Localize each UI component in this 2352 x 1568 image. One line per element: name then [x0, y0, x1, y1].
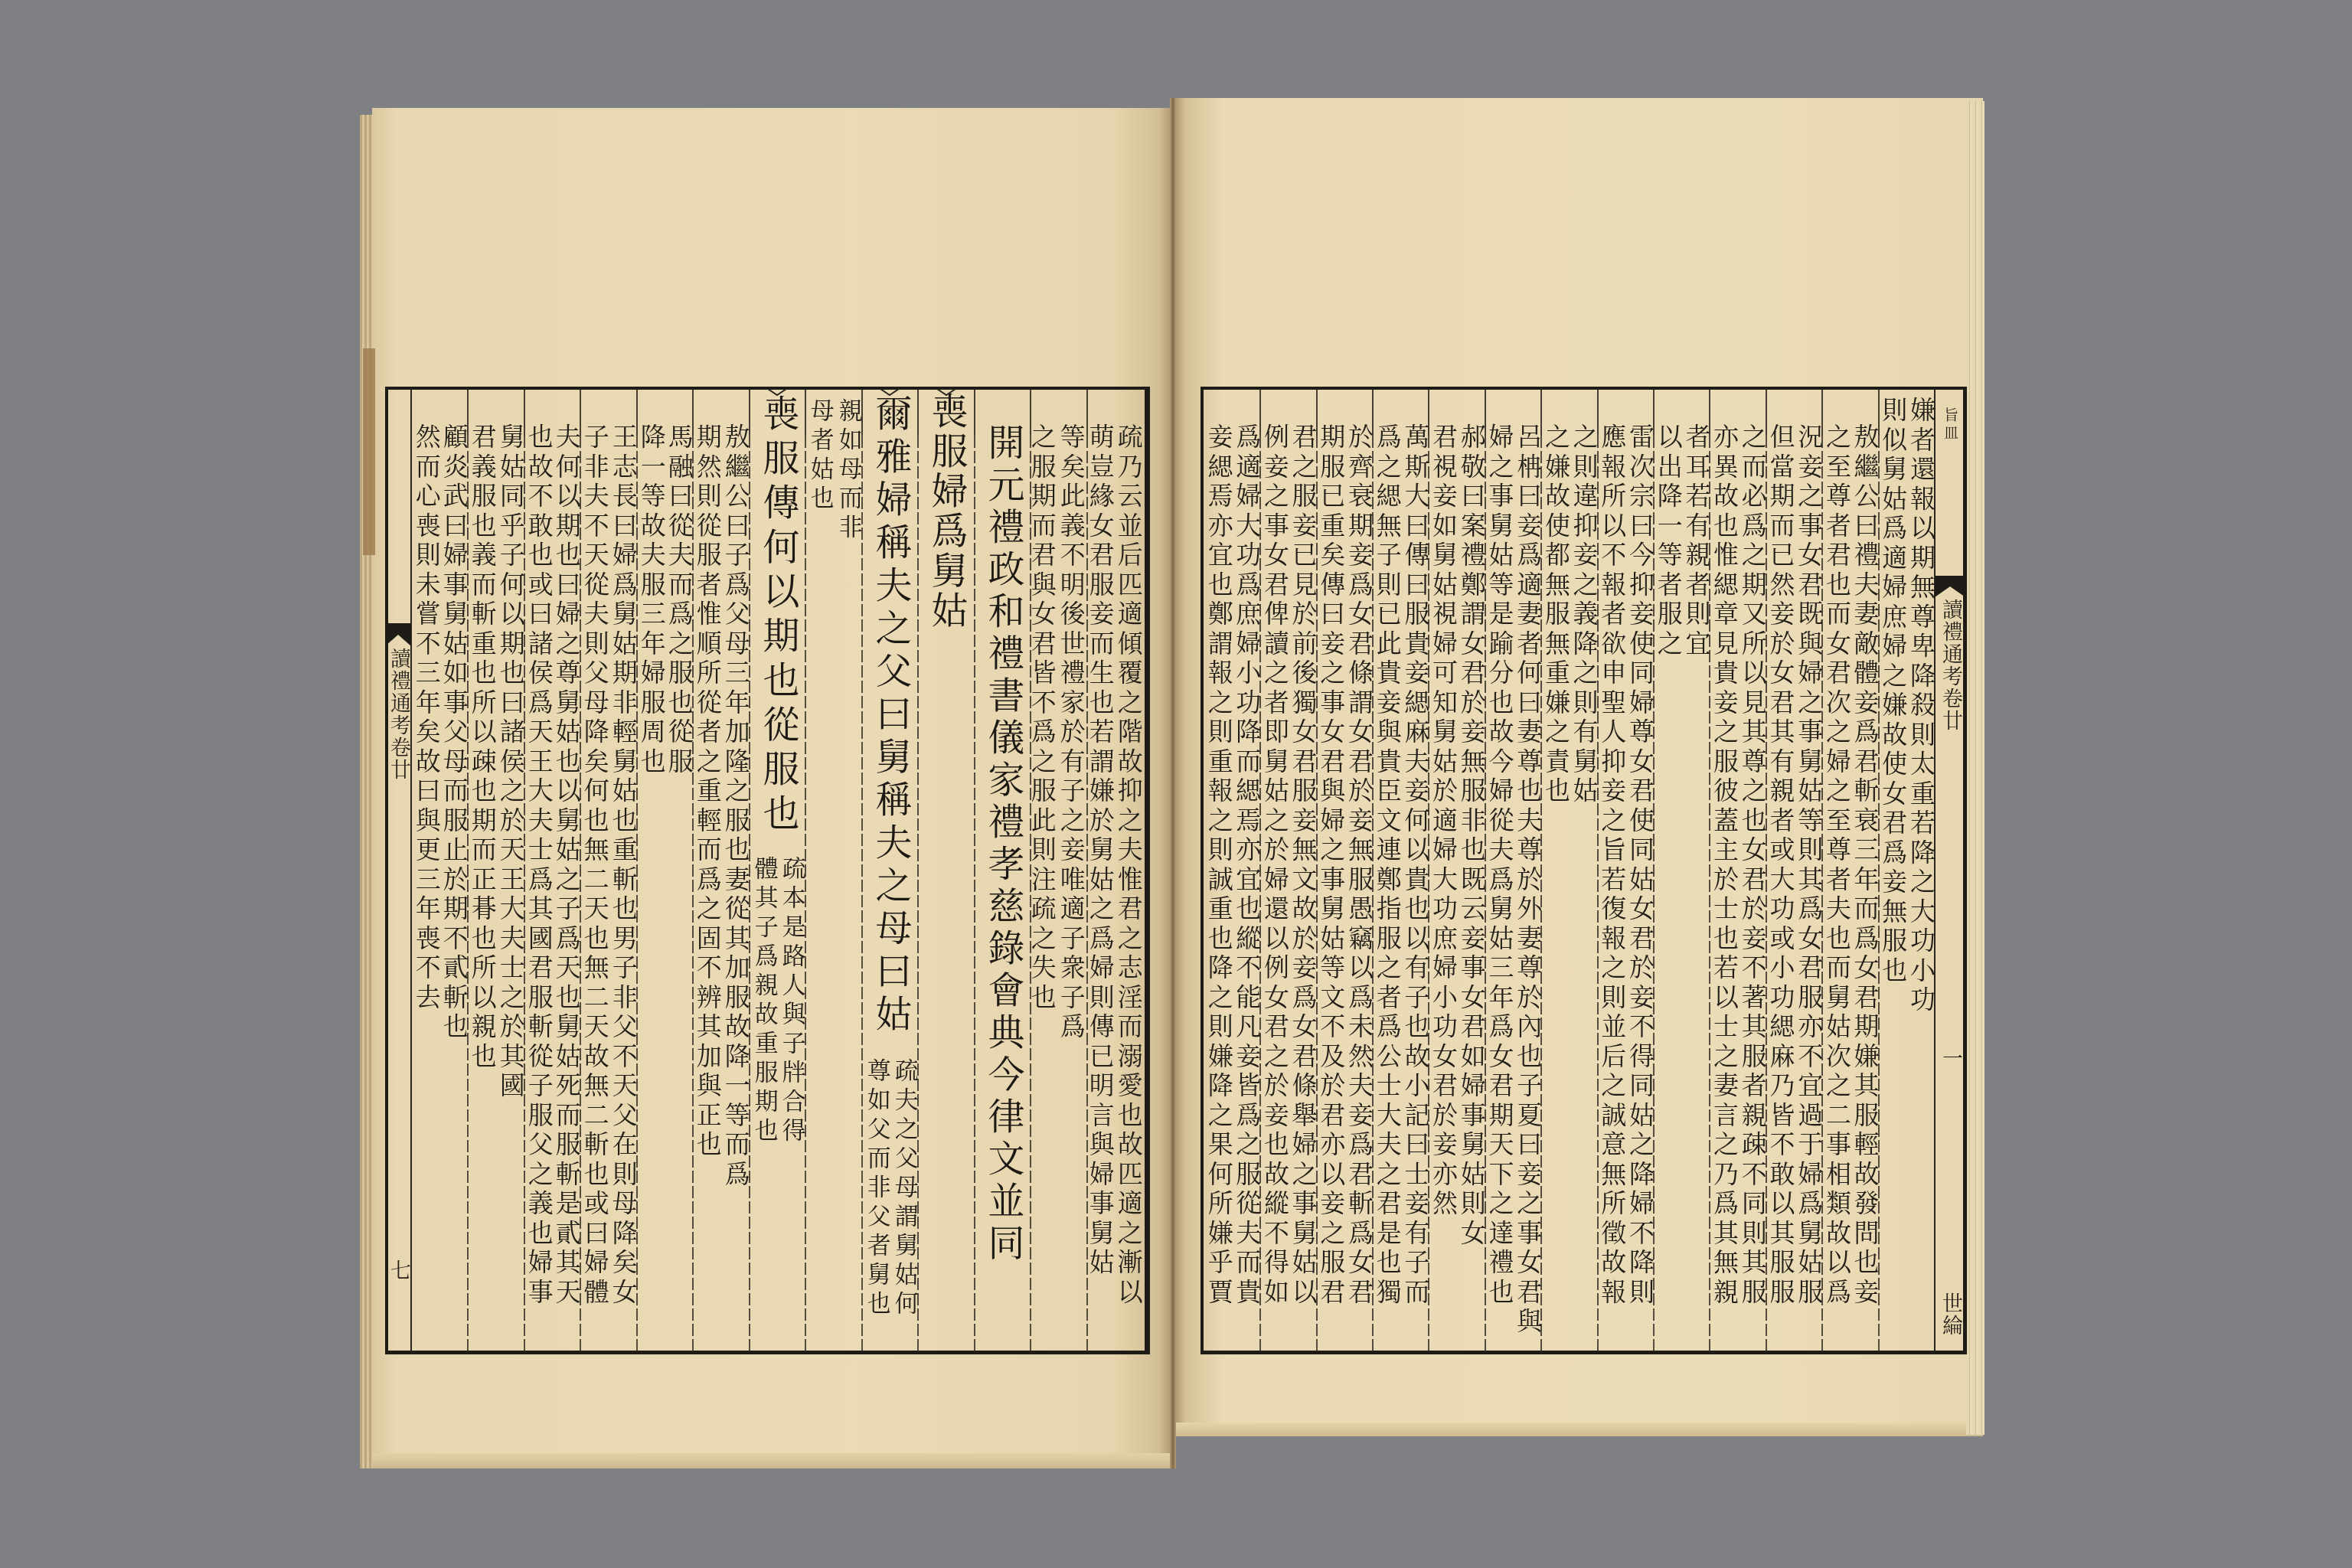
- commentary-column: 萌豈緣女君服妾而生也若謂嫌於舅姑之爲婦則傳已明言與婦事舅姑: [1086, 423, 1114, 1279]
- text-column: 郝敬曰案禮鄭謂女君於妾無服非也既云妾事女君如婦事舅姑則女: [1457, 423, 1485, 1249]
- text-column: 則似舅姑爲適婦庶婦之嫌故使女君爲妾無服也: [1879, 397, 1907, 986]
- banxin-top-note: 旨皿: [1937, 407, 1963, 443]
- text-column: 者耳若有親者則宜: [1682, 423, 1710, 659]
- annotation-column: 疏本是路人與子牉合得: [777, 856, 805, 1147]
- commentary-column: 王志長曰婦爲舅姑期非輕舅姑也重斬也男子非父不天父在則母降矣女: [609, 423, 637, 1308]
- text-column: 於齊衰期妾爲女君條謂女君於妾無服愚竊以爲未然夫妾爲君斬爲女君: [1344, 423, 1373, 1308]
- commentary-column: 子非夫不天從夫則父母降矣何也無二天也無二天故無二斬也或曰婦體: [580, 423, 609, 1308]
- text-column: 爲適婦大功爲庶婦小功降而緦焉亦宜也縱不能凡妾皆爲之服從夫而貴: [1233, 423, 1261, 1308]
- banxin-printer-mark: 世綸: [1937, 1292, 1963, 1337]
- commentary-column: 然而心喪則未嘗不三年矣故曰與更三年喪不去: [412, 423, 440, 1013]
- text-column: 之則違抑妾之義降之則有舅姑: [1570, 423, 1598, 807]
- commentary-column: 夫何以期也曰婦之尊舅姑也以舅姑之子爲天也舅姑死而服斬是貳其天: [552, 423, 580, 1308]
- later-rites-note-column: 開元禮政和禮書儀家禮孝慈錄會典今律文並同: [975, 423, 1031, 1266]
- fish-tail-icon: [1935, 576, 1965, 597]
- annotation-column: 尊如父而非父者舅也: [862, 1058, 890, 1320]
- text-column: 之而必爲之期又所以見其尊之也女君於妾不著其服者親疎不同則其服: [1738, 423, 1766, 1308]
- commentary-column: 君義服也義而斬重也所以疎也期而正朞也所以親也: [468, 423, 496, 1072]
- left-page-bottom-edge: [372, 1453, 1174, 1468]
- text-column: 嫌者還報以期無尊卑降殺則太重若降之大功小功: [1906, 397, 1935, 1016]
- text-column: 以出降一等者服之: [1654, 423, 1682, 659]
- commentary-column: 也故不敢也或曰諸侯爲天王大夫士爲其國君服斬從子服父之義也婦事: [524, 423, 553, 1308]
- text-column: 期服已重矣傳曰妾之事女君與婦之事舅姑等文不及於君亦以妾之服君: [1317, 423, 1345, 1308]
- fish-tail-icon: [385, 623, 411, 646]
- commentary-column: 敖繼公曰子爲父母三年加隆之服也妻從其加服故降一等而爲: [721, 423, 750, 1190]
- commentary-column: 期然則從服者惟順所從者之重輕而爲之固不辨其加與正也: [693, 423, 721, 1161]
- annotation-column: 母者姑也: [805, 398, 834, 514]
- commentary-column: 之服期而君與女君皆不爲之服此則注疏之失也: [1027, 423, 1056, 1013]
- text-column: 君視妾如舅姑視婦可知舅姑於適婦大功庶婦小功女君於妾亦然: [1429, 423, 1457, 1220]
- text-column: 萬斯大曰傳曰服貴妾緦麻夫妾何以貴也以有子也故小記曰士妾有子而: [1401, 423, 1429, 1308]
- section-heading: 喪服婦爲舅姑: [918, 392, 974, 631]
- commentary-column: 降一等故夫服三年婦服周也: [637, 423, 665, 777]
- text-column: 呂柟曰妾爲適妻者何曰妻尊也夫尊於外妻尊於內也子夏曰妾之事女君與: [1514, 423, 1542, 1338]
- banxin-title: 讀禮通考卷廿: [385, 648, 411, 781]
- left-page-torn-edge: [363, 348, 375, 555]
- annotation-column: 親如母而非: [834, 398, 862, 544]
- text-column: 應報所以不報者欲申聖人抑妾之旨若復報之則並后之誠意無所徵故報: [1598, 423, 1626, 1308]
- text-column: 雷次宗曰今抑妾使同婦尊女君使同姑女君於妾不得同姑之降婦不降則: [1625, 423, 1654, 1308]
- text-column: 例妾之事女君俾讀之者即舅姑之於婦還以例女君之於妾也故縱不得如: [1260, 423, 1289, 1308]
- text-column: 婦之事舅姑等是踰分也故今婦從夫爲舅姑三年爲女君期天下之達禮也: [1485, 423, 1514, 1308]
- commentary-column: 等矣此義不明後世禮家於有子之妾唯適子衆子爲: [1057, 423, 1085, 1043]
- right-page-bottom-edge: [1174, 1423, 1983, 1436]
- commentary-column: 舅姑同乎子何以期也曰諸侯之於天王大夫士之於其國: [496, 423, 524, 1102]
- annotation-column: 體其子爲親故重服期也: [750, 856, 778, 1147]
- text-column: 爲之緦無子則已此貴妾與貴臣文連鄭指服之者爲公士大夫之君是也獨: [1373, 423, 1401, 1308]
- annotation-column: 疏夫之父母謂舅姑何: [890, 1058, 918, 1320]
- banxin-page-mark: 一: [1937, 1047, 1963, 1070]
- text-column: 但當期而已然妾於女君其有親者或大功或小功緦麻乃皆不敢以其服服: [1766, 423, 1795, 1308]
- text-column: 之嫌故使都無服無重嫌之責也: [1541, 423, 1570, 807]
- erya-citation-column: 爾雅婦稱夫之父曰舅稱夫之母曰姑: [862, 394, 918, 1037]
- right-page-fore-edge-stack: [1966, 101, 1984, 1435]
- banxin-page-number: 七: [385, 1259, 411, 1282]
- text-column: 君之服妾已見於前後獨女君服妾無文故於妾爲女君條舉婦之事舅姑以: [1289, 423, 1317, 1308]
- zhuan-citation-column: 喪服傳何以期也從服也: [750, 394, 805, 838]
- banxin-title: 讀禮通考卷廿: [1937, 599, 1963, 732]
- commentary-column: 疏乃云並后匹適傾覆之階故抑之夫惟君之志淫而溺愛也故匹適之漸以: [1114, 423, 1142, 1308]
- text-column: 之至尊者君也而女君次之婦之至尊者夫也而舅姑次之二事相類故以爲: [1822, 423, 1851, 1308]
- text-column: 妾緦焉亦宜也鄭謂報之則重報之則誠重也降之則嫌降之果何所嫌乎賈: [1204, 423, 1233, 1308]
- text-column: 況妾之事女君既與婦之事舅姑等則其爲女君服亦不宜過于婦爲舅姑服: [1795, 423, 1823, 1308]
- commentary-column: 顧炎武曰婦事舅姑如事父母而服止於期不貳斬也: [439, 423, 468, 1043]
- center-fold-gutter: [1170, 98, 1176, 1468]
- text-column: 敖繼公曰禮夫妻敵體妾爲君斬衰三年而爲女君期嫌其服輕故發問也妾: [1851, 423, 1879, 1308]
- text-column: 亦異故也惟緦章見貴妾之服彼蓋主於士也若以士之妻言之乃爲其無親: [1710, 423, 1738, 1308]
- commentary-column: 馬融曰從夫而爲之服也從服: [665, 423, 693, 777]
